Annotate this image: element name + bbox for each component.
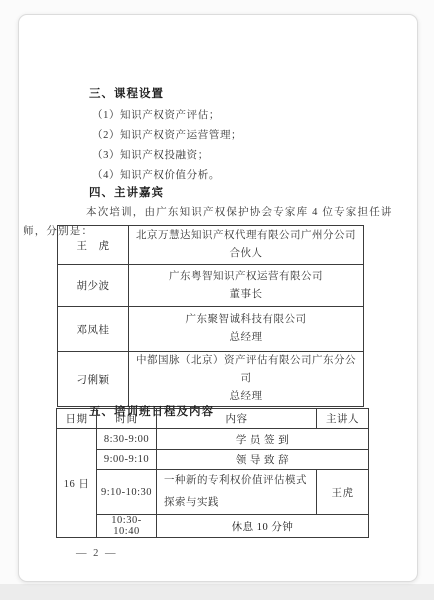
section-heading-course: 三、课程设置 xyxy=(89,85,164,101)
col-header-speaker: 主讲人 xyxy=(317,409,369,429)
schedule-content: 休息 10 分钟 xyxy=(157,515,369,538)
table-row: 胡少波 广东粤智知识产权运营有限公司 董事长 xyxy=(58,265,364,307)
page-number: — 2 — xyxy=(76,548,118,559)
schedule-time: 10:30-10:40 xyxy=(97,515,157,538)
table-row: 王 虎 北京万慧达知识产权代理有限公司广州分公司 合伙人 xyxy=(58,226,364,265)
speaker-title: 总经理 xyxy=(131,329,361,347)
table-row: 邓凤桂 广东聚智诚科技有限公司 总经理 xyxy=(58,307,364,352)
speakers-table: 王 虎 北京万慧达知识产权代理有限公司广州分公司 合伙人 胡少波 广东粤智知识产… xyxy=(57,225,364,407)
schedule-content: 领 导 致 辞 xyxy=(157,450,369,470)
speaker-org: 广东聚智诚科技有限公司 xyxy=(131,311,361,329)
schedule-content: 学 员 签 到 xyxy=(157,429,369,450)
course-item-list: （1）知识产权资产评估； （2）知识产权资产运营管理； （3）知识产权投融资； … xyxy=(92,106,242,186)
speaker-title: 董事长 xyxy=(131,286,361,304)
table-row: 9:00-9:10 领 导 致 辞 xyxy=(57,450,369,470)
speaker-name: 邓凤桂 xyxy=(58,307,129,352)
schedule-date: 16 日 xyxy=(57,429,97,538)
col-header-date: 日期 xyxy=(57,409,97,429)
table-row: 10:30-10:40 休息 10 分钟 xyxy=(57,515,369,538)
speaker-name: 刁俐颖 xyxy=(58,352,129,407)
schedule-content: 一种新的专利权价值评估模式探索与实践 xyxy=(157,470,317,515)
schedule-time: 8:30-9:00 xyxy=(97,429,157,450)
speaker-org-cell: 中都国脉（北京）资产评估有限公司广东分公司 总经理 xyxy=(129,352,364,407)
speaker-org: 中都国脉（北京）资产评估有限公司广东分公司 xyxy=(131,352,361,388)
speaker-title: 合伙人 xyxy=(131,245,361,263)
speaker-org: 北京万慧达知识产权代理有限公司广州分公司 xyxy=(131,227,361,245)
table-row: 16 日 8:30-9:00 学 员 签 到 xyxy=(57,429,369,450)
speaker-org-cell: 广东聚智诚科技有限公司 总经理 xyxy=(129,307,364,352)
table-header-row: 日期 时间 内容 主讲人 xyxy=(57,409,369,429)
col-header-content: 内容 xyxy=(157,409,317,429)
course-item: （4）知识产权价值分析。 xyxy=(92,166,242,186)
speaker-org: 广东粤智知识产权运营有限公司 xyxy=(131,268,361,286)
speaker-name: 胡少波 xyxy=(58,265,129,307)
schedule-time: 9:00-9:10 xyxy=(97,450,157,470)
page-gap xyxy=(0,584,434,600)
schedule-speaker: 王虎 xyxy=(317,470,369,515)
speaker-name: 王 虎 xyxy=(58,226,129,265)
schedule-time: 9:10-10:30 xyxy=(97,470,157,515)
table-row: 刁俐颖 中都国脉（北京）资产评估有限公司广东分公司 总经理 xyxy=(58,352,364,407)
course-item: （2）知识产权资产运营管理； xyxy=(92,126,242,146)
schedule-table: 日期 时间 内容 主讲人 16 日 8:30-9:00 学 员 签 到 9:00… xyxy=(56,408,369,538)
course-item: （3）知识产权投融资； xyxy=(92,146,242,166)
speaker-org-cell: 广东粤智知识产权运营有限公司 董事长 xyxy=(129,265,364,307)
course-item: （1）知识产权资产评估； xyxy=(92,106,242,126)
col-header-time: 时间 xyxy=(97,409,157,429)
section-heading-speakers: 四、主讲嘉宾 xyxy=(89,184,164,200)
speakers-intro-line1: 本次培训，由广东知识产权保护协会专家库 4 位专家担任讲 xyxy=(86,204,393,219)
table-row: 9:10-10:30 一种新的专利权价值评估模式探索与实践 王虎 xyxy=(57,470,369,515)
speaker-org-cell: 北京万慧达知识产权代理有限公司广州分公司 合伙人 xyxy=(129,226,364,265)
document-page: 三、课程设置 （1）知识产权资产评估； （2）知识产权资产运营管理； （3）知识… xyxy=(18,14,418,582)
